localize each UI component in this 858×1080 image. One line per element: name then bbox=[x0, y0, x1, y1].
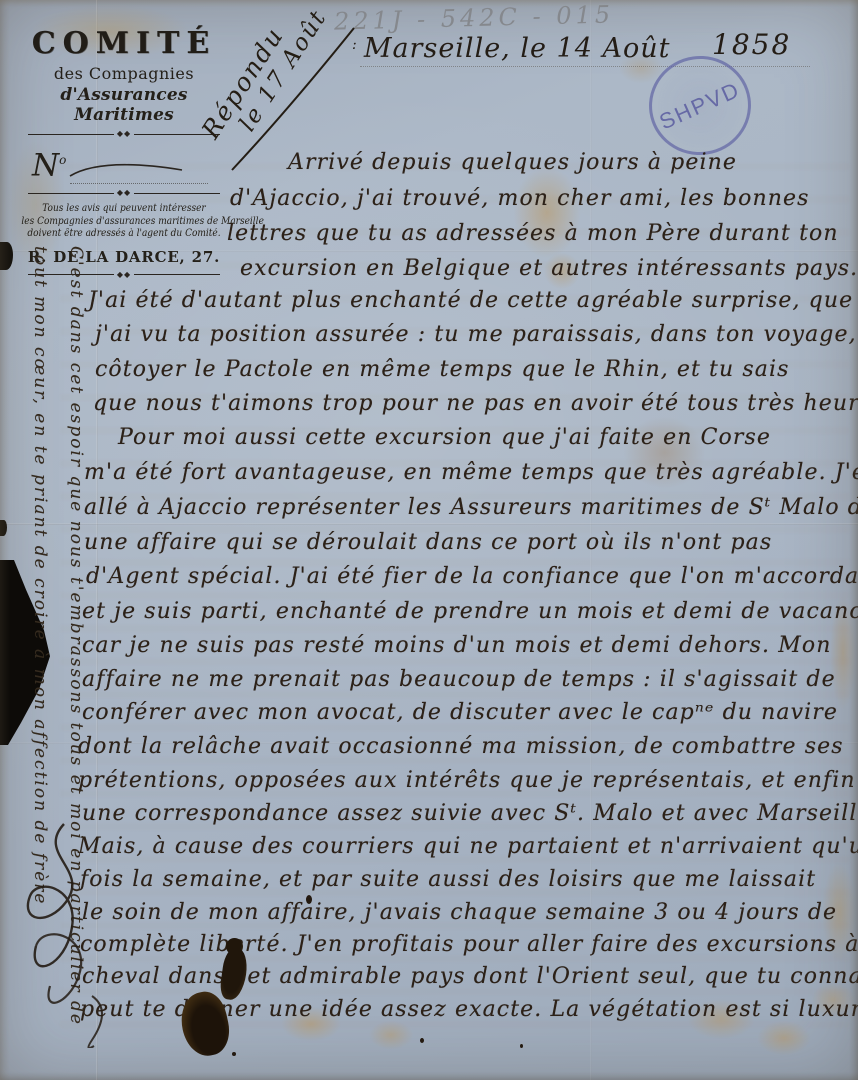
handwritten-line: j'ai vu ta position assurée : tu me para… bbox=[95, 322, 857, 347]
letterhead-number-row: No bbox=[32, 145, 238, 179]
dateline-text: Marseille, le 14 Août bbox=[364, 33, 671, 64]
handwritten-line: allé à Ajaccio représenter les Assureurs… bbox=[84, 495, 858, 520]
ink-speck bbox=[306, 895, 312, 904]
handwritten-line: une correspondance assez suivie avec Sᵗ.… bbox=[82, 801, 858, 826]
handwritten-line: prétentions, opposées aux intérêts que j… bbox=[78, 768, 858, 793]
handwritten-line: fois la semaine, et par suite aussi des … bbox=[80, 867, 816, 892]
handwritten-line: dont la relâche avait occasionné ma miss… bbox=[78, 734, 844, 759]
handwritten-line: complète liberté. J'en profitais pour al… bbox=[80, 932, 858, 957]
ink-dots: : bbox=[352, 37, 359, 53]
handwritten-line: Arrivé depuis quelques jours à peine bbox=[288, 150, 737, 175]
handwritten-line: J'ai été d'autant plus enchanté de cette… bbox=[88, 288, 853, 313]
handwritten-line: le soin de mon affaire, j'avais chaque s… bbox=[82, 900, 837, 925]
handwritten-line: côtoyer le Pactole en même temps que le … bbox=[95, 357, 790, 382]
letterhead-notice: Tous les avis qui peuvent intéresser les… bbox=[10, 203, 238, 241]
ornament-rule: ◆◆ bbox=[28, 131, 220, 137]
handwritten-line: affaire ne me prenait pas beaucoup de te… bbox=[82, 667, 836, 692]
handwritten-line: que nous t'aimons trop pour ne pas en av… bbox=[93, 391, 858, 416]
archival-code: 221J - 542C - 015 bbox=[334, 0, 615, 35]
handwritten-line: cheval dans cet admirable pays dont l'Or… bbox=[82, 964, 858, 989]
number-dotted-line bbox=[70, 179, 208, 184]
handwritten-line: d'Ajaccio, j'ai trouvé, mon cher ami, le… bbox=[230, 186, 810, 211]
handwritten-line: conférer avec mon avocat, de discuter av… bbox=[82, 700, 838, 725]
dateline-year: 1858 bbox=[712, 28, 791, 61]
letterhead-subtitle-1: des Compagnies bbox=[10, 64, 238, 83]
dateline: : Marseille, le 14 Août bbox=[352, 33, 670, 64]
handwritten-line: une affaire qui se déroulait dans ce por… bbox=[84, 530, 772, 555]
stamp-text: SHPVD bbox=[656, 76, 745, 135]
handwritten-line: lettres que tu as adressées à mon Père d… bbox=[227, 221, 839, 246]
ink-speck bbox=[232, 1052, 236, 1056]
letterhead: COMITÉ des Compagnies d'Assurances Marit… bbox=[10, 26, 238, 278]
stain bbox=[368, 1020, 414, 1050]
ink-speck bbox=[420, 1038, 424, 1043]
letterhead-title: COMITÉ bbox=[10, 26, 238, 61]
signature-flourish bbox=[6, 818, 126, 1048]
handwritten-line: Pour moi aussi cette excursion que j'ai … bbox=[118, 425, 771, 450]
handwritten-line: et je suis parti, enchanté de prendre un… bbox=[82, 599, 858, 624]
swash-flourish-icon bbox=[68, 163, 186, 179]
ornament-rule: ◆◆ bbox=[28, 190, 220, 196]
stain bbox=[756, 1020, 812, 1056]
handwritten-line: m'a été fort avantageuse, en même temps … bbox=[84, 460, 858, 485]
paper-tear bbox=[0, 520, 7, 536]
dateline-dotted-rule bbox=[360, 66, 810, 67]
ink-speck bbox=[520, 1044, 523, 1048]
handwritten-line: Mais, à cause des courriers qui ne parta… bbox=[78, 834, 858, 859]
handwritten-line: car je ne suis pas resté moins d'un mois… bbox=[82, 633, 831, 658]
handwritten-line: excursion en Belgique et autres intéress… bbox=[240, 256, 858, 281]
letter-scan: COMITÉ des Compagnies d'Assurances Marit… bbox=[0, 0, 858, 1080]
fold-crease-horizontal bbox=[0, 523, 858, 525]
number-label: No bbox=[32, 146, 66, 179]
handwritten-line: d'Agent spécial. J'ai été fier de la con… bbox=[86, 564, 858, 589]
